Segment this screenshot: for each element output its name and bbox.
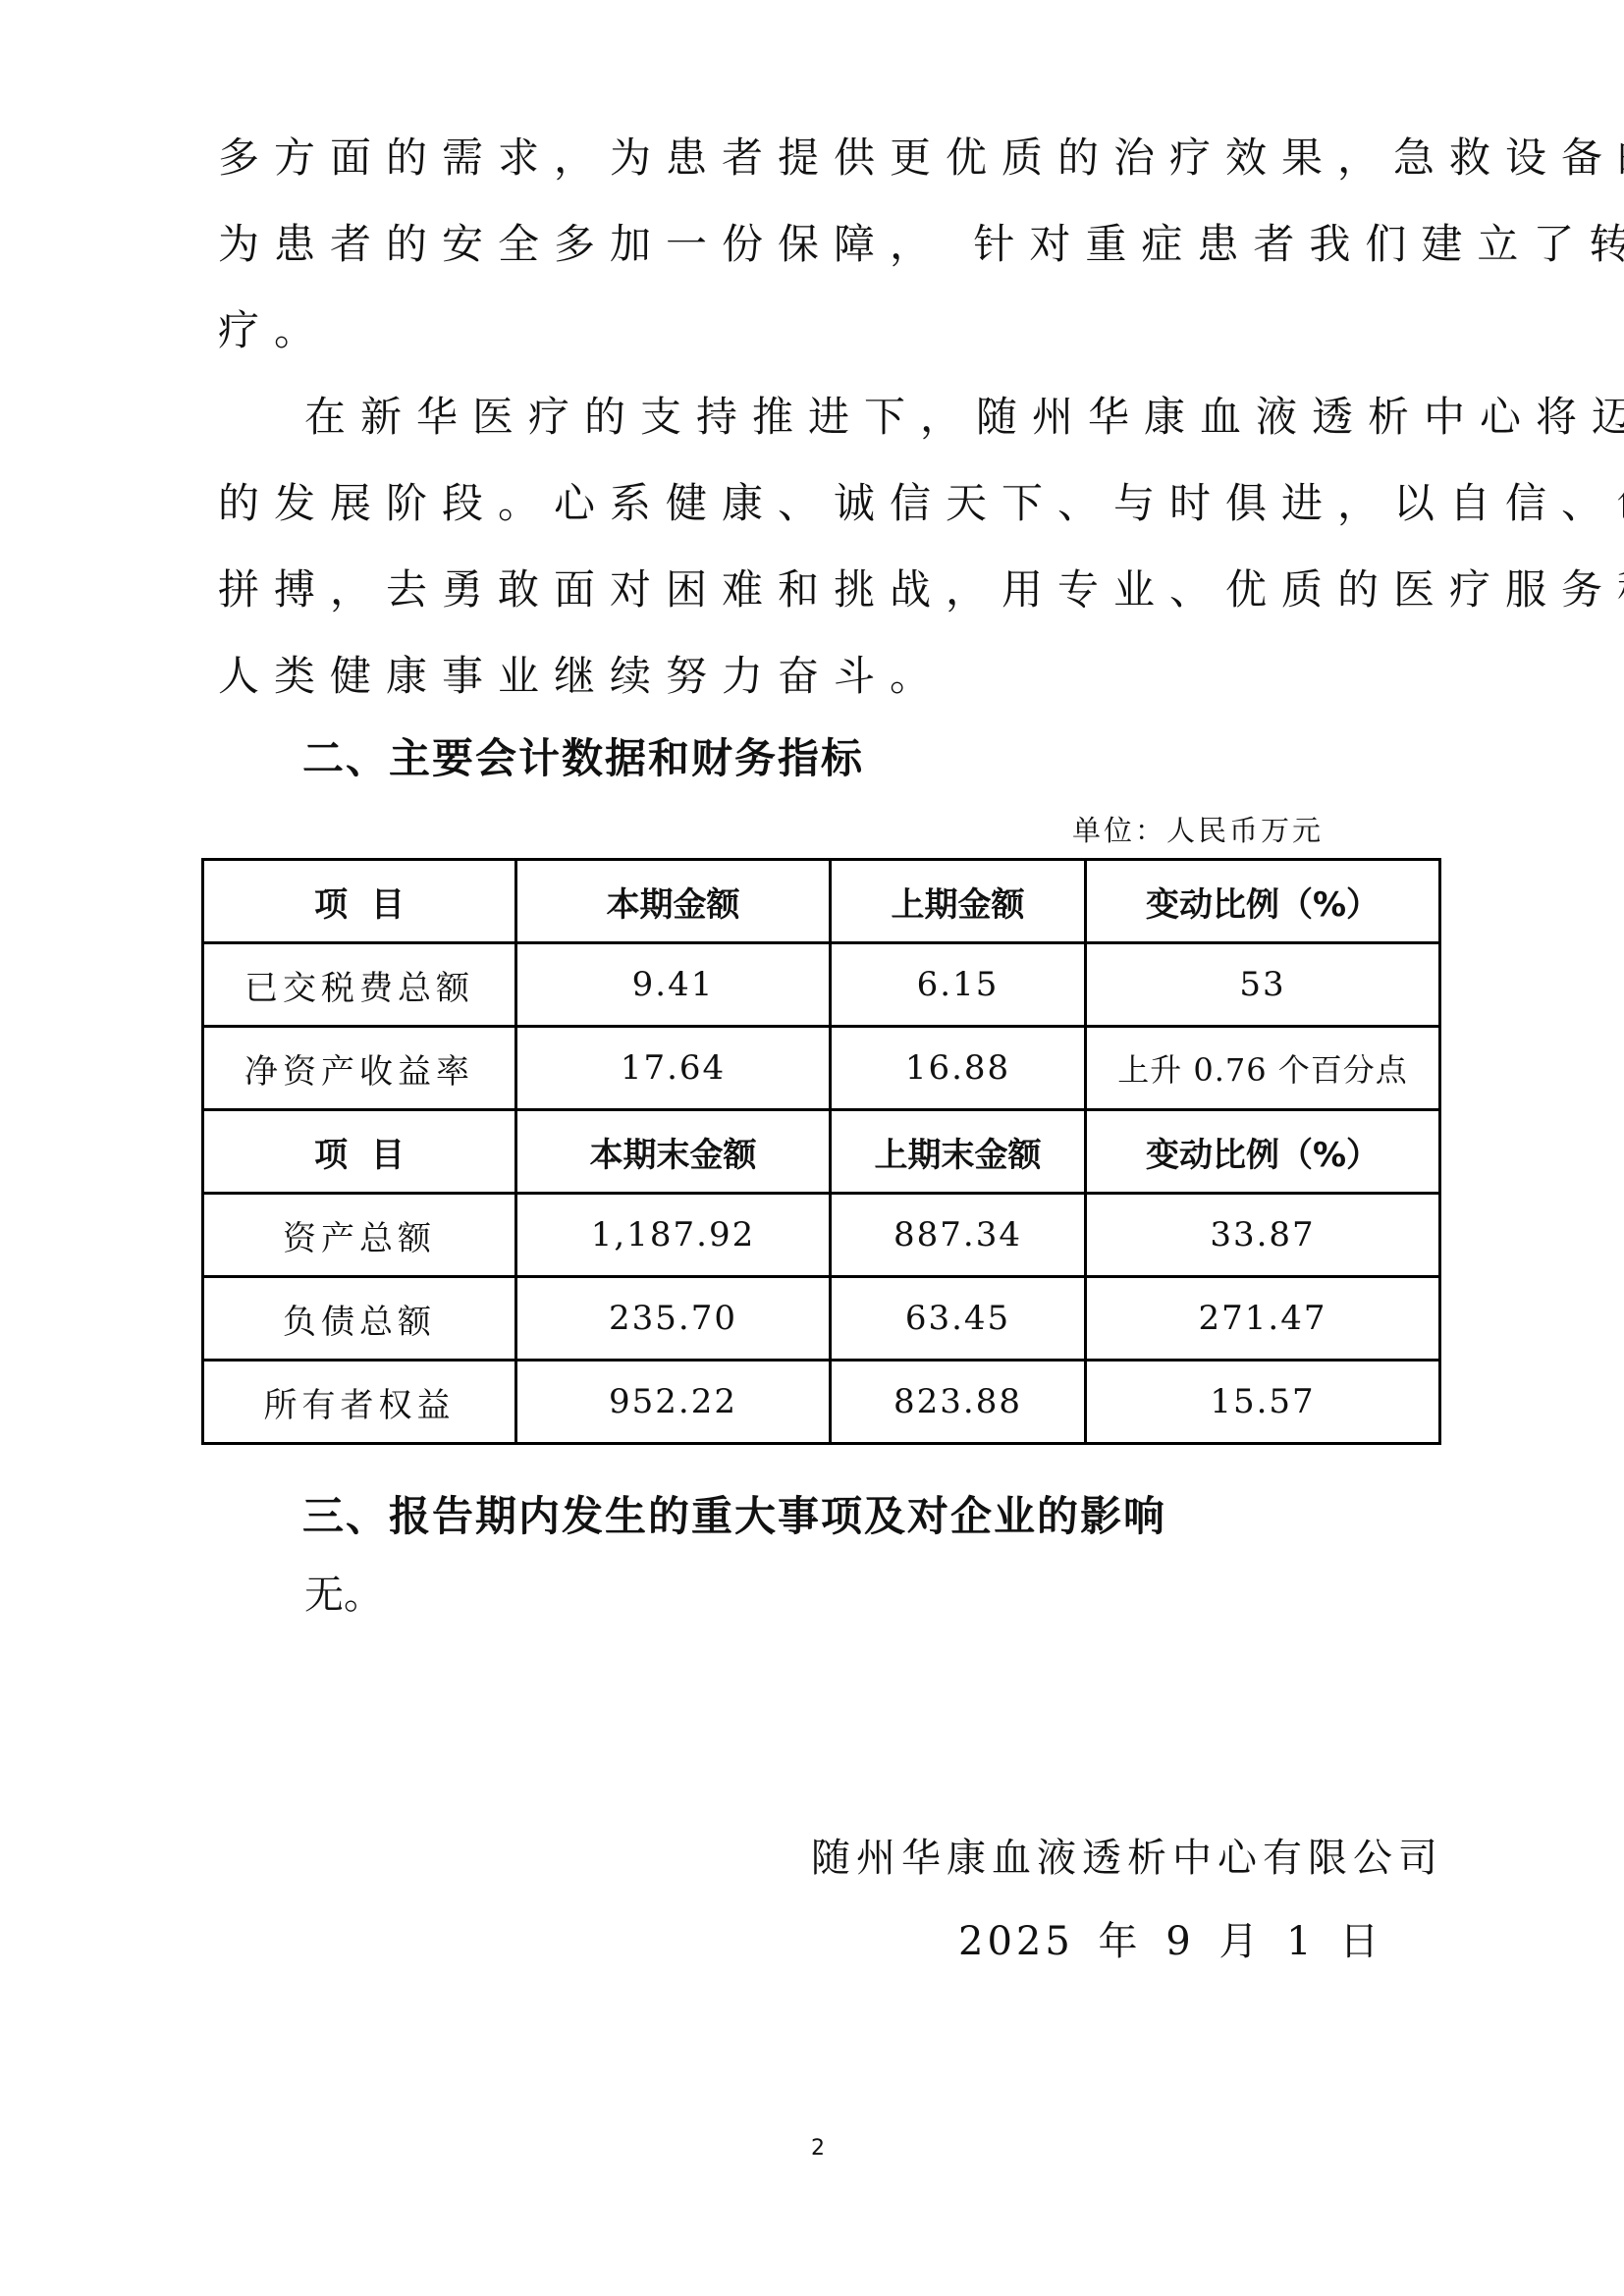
paragraph-line: 为患者的安全多加一份保障， 针对重症患者我们建立了转诊治 (218, 220, 1435, 269)
table-row: 已交税费总额 9.41 6.15 53 (203, 943, 1440, 1027)
table-row: 资产总额 1,187.92 887.34 33.87 (203, 1194, 1440, 1277)
paragraph-line: 拼搏，去勇敢面对困难和挑战，用专业、优质的医疗服务积极为 (218, 565, 1435, 614)
cell-value: 33.87 (1086, 1194, 1440, 1277)
cell-value: 1,187.92 (516, 1194, 831, 1277)
signature-date: 2025 年 9 月 1 日 (958, 1917, 1382, 1966)
cell-value: 271.47 (1086, 1277, 1440, 1361)
cell-value: 6.15 (831, 943, 1086, 1027)
major-events-body: 无。 (304, 1571, 383, 1620)
cell-value: 53 (1086, 943, 1440, 1027)
table-row: 净资产收益率 17.64 16.88 上升 0.76 个百分点 (203, 1027, 1440, 1110)
cell-value: 15.57 (1086, 1361, 1440, 1444)
paragraph-line: 疗。 (218, 306, 1435, 355)
document-page: 多方面的需求，为患者提供更优质的治疗效果，急救设备的健全 为患者的安全多加一份保… (0, 0, 1624, 2296)
table-row: 所有者权益 952.22 823.88 15.57 (203, 1361, 1440, 1444)
cell-value: 823.88 (831, 1361, 1086, 1444)
column-header-change-ratio: 变动比例（%） (1086, 860, 1440, 943)
cell-value: 上升 0.76 个百分点 (1086, 1027, 1440, 1110)
cell-value: 9.41 (516, 943, 831, 1027)
row-label: 负债总额 (203, 1277, 516, 1361)
cell-value: 16.88 (831, 1027, 1086, 1110)
table-header-row: 项 目 本期末金额 上期末金额 变动比例（%） (203, 1110, 1440, 1194)
paragraph-line: 的发展阶段。心系健康、诚信天下、与时俱进，以自信、创新和 (218, 479, 1435, 528)
row-label: 已交税费总额 (203, 943, 516, 1027)
column-header-current-end-amount: 本期末金额 (516, 1110, 831, 1194)
cell-value: 17.64 (516, 1027, 831, 1110)
row-label: 所有者权益 (203, 1361, 516, 1444)
cell-value: 952.22 (516, 1361, 831, 1444)
unit-label: 单位：人民币万元 (1072, 811, 1324, 850)
cell-value: 887.34 (831, 1194, 1086, 1277)
section-heading-major-events: 三、报告期内发生的重大事项及对企业的影响 (302, 1492, 1166, 1541)
cell-value: 63.45 (831, 1277, 1086, 1361)
page-number: 2 (811, 2134, 825, 2163)
paragraph-line: 在新华医疗的支持推进下，随州华康血液透析中心将迈入新 (304, 393, 1443, 442)
column-header-item: 项 目 (203, 1110, 516, 1194)
cell-value: 235.70 (516, 1277, 831, 1361)
row-label: 资产总额 (203, 1194, 516, 1277)
column-header-current-amount: 本期金额 (516, 860, 831, 943)
column-header-item: 项 目 (203, 860, 516, 943)
section-heading-financial-indicators: 二、主要会计数据和财务指标 (302, 734, 864, 783)
column-header-prior-end-amount: 上期末金额 (831, 1110, 1086, 1194)
paragraph-line: 人类健康事业继续努力奋斗。 (218, 652, 1435, 701)
table-row: 负债总额 235.70 63.45 271.47 (203, 1277, 1440, 1361)
column-header-prior-amount: 上期金额 (831, 860, 1086, 943)
column-header-change-ratio: 变动比例（%） (1086, 1110, 1440, 1194)
financial-indicators-table: 项 目 本期金额 上期金额 变动比例（%） 已交税费总额 9.41 6.15 5… (201, 858, 1441, 1445)
table-header-row: 项 目 本期金额 上期金额 变动比例（%） (203, 860, 1440, 943)
signature-company: 随州华康血液透析中心有限公司 (811, 1834, 1443, 1883)
paragraph-line: 多方面的需求，为患者提供更优质的治疗效果，急救设备的健全 (218, 133, 1435, 183)
row-label: 净资产收益率 (203, 1027, 516, 1110)
